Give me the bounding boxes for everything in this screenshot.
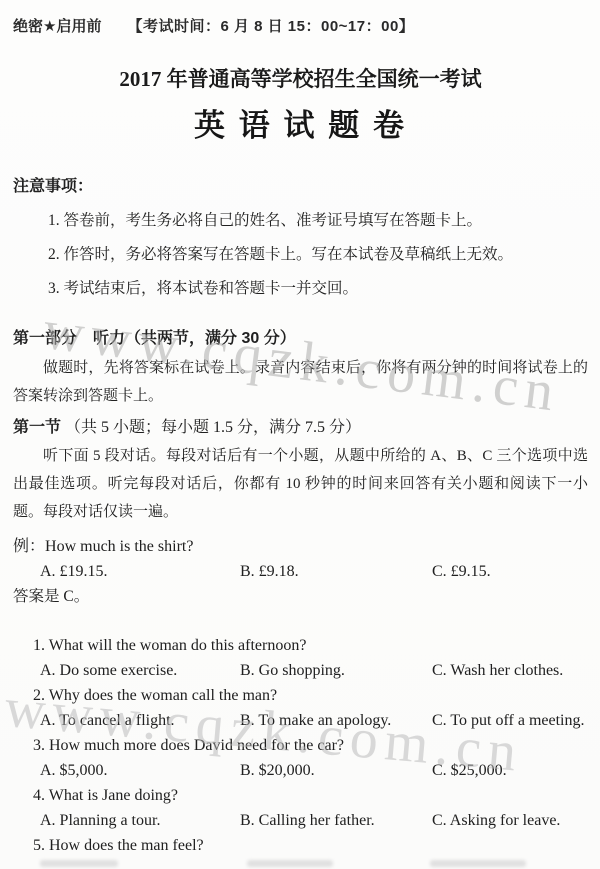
question-number: 2. <box>33 687 45 704</box>
question-text: What will the woman do this afternoon? <box>49 637 307 654</box>
question-text: What is Jane doing? <box>49 787 178 804</box>
question-options: A. $5,000. B. $20,000. C. $25,000. <box>40 758 588 783</box>
question-number: 3. <box>33 737 45 754</box>
option-c: C. To put off a meeting. <box>432 708 588 733</box>
option-b: B. $20,000. <box>240 758 432 783</box>
example-label: 例： <box>13 538 45 555</box>
subject-title: 英 语 试 题 卷 <box>13 106 588 146</box>
option-c: C. £9.15. <box>432 559 588 584</box>
example-question-text: How much is the shirt? <box>45 538 193 555</box>
example-answer-note: 答案是 C。 <box>13 584 588 609</box>
option-b: B. £9.18. <box>240 559 432 584</box>
question-number: 4. <box>33 787 45 804</box>
question-options: A. Do some exercise. B. Go shopping. C. … <box>40 658 588 683</box>
question-list: 1. What will the woman do this afternoon… <box>13 633 588 858</box>
exam-paper-page: www.cqzk.com.cn www.cqzk.com.cn 绝密★启用前 【… <box>0 0 600 869</box>
option-c: C. Asking for leave. <box>432 808 588 833</box>
option-a: A. £19.15. <box>40 559 240 584</box>
question-2: 2. Why does the woman call the man? A. T… <box>13 683 588 733</box>
section1-meta: （共 5 小题；每小题 1.5 分，满分 7.5 分） <box>61 419 361 436</box>
exam-time-label: 【考试时间：6 月 8 日 15：00~17：00】 <box>127 15 414 36</box>
cutoff-text-smudge-row <box>0 860 600 869</box>
question-options: A. To cancel a flight. B. To make an apo… <box>40 708 588 733</box>
question-text: How does the man feel? <box>49 837 204 854</box>
notice-item: 1. 答卷前，考生务必将自己的姓名、准考证号填写在答题卡上。 <box>48 210 588 232</box>
part1-intro: 做题时，先将答案标在试卷上。录音内容结束后，你将有两分钟的时间将试卷上的答案转涂… <box>13 354 588 410</box>
option-c: C. $25,000. <box>432 758 588 783</box>
option-a: A. To cancel a flight. <box>40 708 240 733</box>
notice-item: 2. 作答时，务必将答案写在答题卡上。写在本试卷及草稿纸上无效。 <box>48 244 588 266</box>
notice-item: 3. 考试结束后，将本试卷和答题卡一并交回。 <box>48 278 588 300</box>
question-number: 5. <box>33 837 45 854</box>
page-header: 绝密★启用前 【考试时间：6 月 8 日 15：00~17：00】 <box>13 0 588 36</box>
section1-intro: 听下面 5 段对话。每段对话后有一个小题，从题中所给的 A、B、C 三个选项中选… <box>13 442 588 526</box>
question-5: 5. How does the man feel? <box>13 833 588 858</box>
question-4: 4. What is Jane doing? A. Planning a tou… <box>13 783 588 833</box>
question-3: 3. How much more does David need for the… <box>13 733 588 783</box>
option-c: C. Wash her clothes. <box>432 658 588 683</box>
example-question: 例：How much is the shirt? A. £19.15. B. £… <box>13 534 588 609</box>
question-text: How much more does David need for the ca… <box>49 737 344 754</box>
question-number: 1. <box>33 637 45 654</box>
option-a: A. $5,000. <box>40 758 240 783</box>
cutoff-text-smudge <box>247 860 333 867</box>
section1-label: 第一节 <box>13 419 61 436</box>
option-a: A. Do some exercise. <box>40 658 240 683</box>
question-1: 1. What will the woman do this afternoon… <box>13 633 588 683</box>
question-options: A. Planning a tour. B. Calling her fathe… <box>40 808 588 833</box>
option-a: A. Planning a tour. <box>40 808 240 833</box>
cutoff-text-smudge <box>430 860 526 867</box>
option-b: B. To make an apology. <box>240 708 432 733</box>
notice-heading: 注意事项： <box>13 176 588 198</box>
cutoff-text-smudge <box>40 860 118 867</box>
question-text: Why does the woman call the man? <box>49 687 277 704</box>
option-b: B. Go shopping. <box>240 658 432 683</box>
part1-heading: 第一部分 听力（共两节，满分 30 分） <box>13 328 588 350</box>
exam-title: 2017 年普通高等学校招生全国统一考试 <box>13 66 588 92</box>
example-options: A. £19.15. B. £9.18. C. £9.15. <box>40 559 588 584</box>
section1-heading: 第一节 （共 5 小题；每小题 1.5 分，满分 7.5 分） <box>13 416 588 440</box>
classification-label: 绝密★启用前 <box>13 15 101 36</box>
option-b: B. Calling her father. <box>240 808 432 833</box>
